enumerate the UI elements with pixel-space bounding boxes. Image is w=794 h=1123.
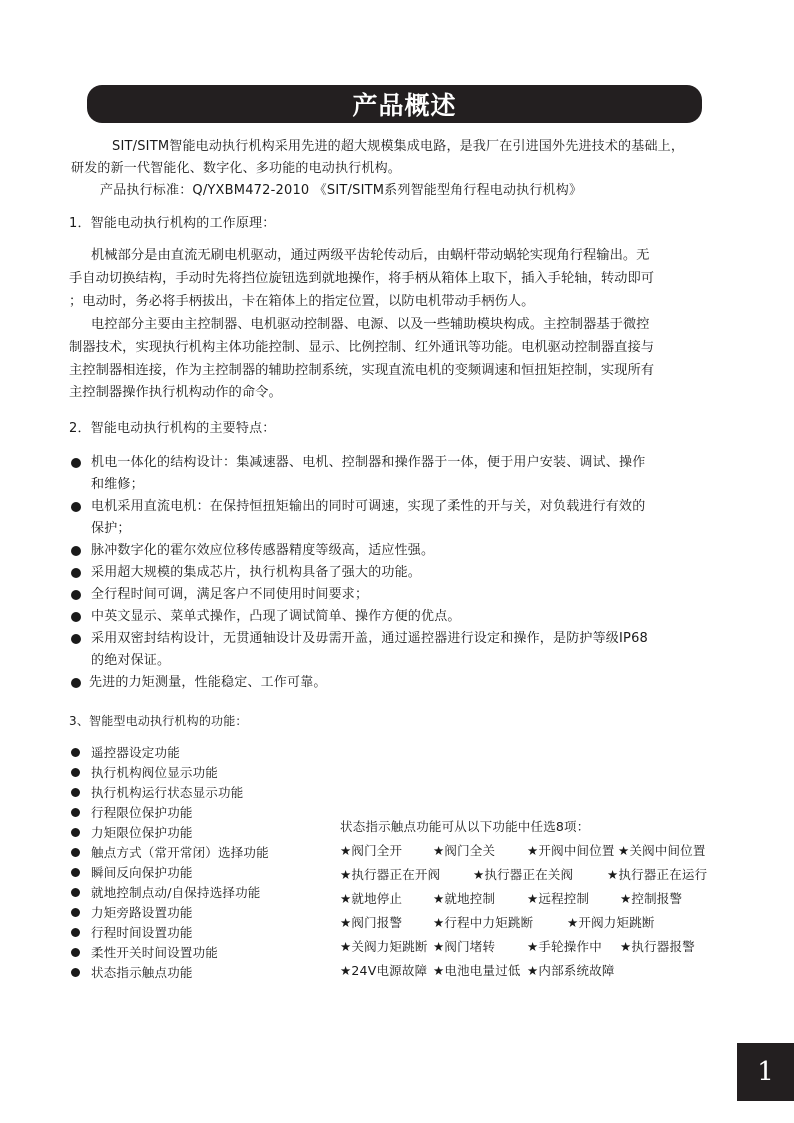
feature-item: 全行程时间可调，满足客户不同使用时间要求； — [91, 587, 368, 603]
status-option: ★手轮操作中 — [527, 939, 602, 955]
star-icon: ★ — [527, 891, 538, 906]
status-option: ★执行器正在运行 — [607, 867, 707, 883]
paragraph-line: 电控部分主要由主控制器、电机驱动控制器、电源、以及一些辅助模块构成。主控制器基于… — [91, 317, 649, 333]
feature-item: 电机采用直流电机：在保持恒扭矩输出的同时可调速，实现了柔性的开与关，对负载进行有… — [91, 499, 645, 515]
intro-line: 研发的新一代智能化、数字化、多功能的电动执行机构。 — [71, 161, 401, 177]
status-option: ★24V电源故障 — [340, 963, 427, 979]
bullet-icon — [71, 590, 81, 600]
star-icon: ★ — [527, 843, 538, 858]
bullet-icon — [71, 868, 80, 877]
star-icon: ★ — [433, 843, 444, 858]
bullet-icon — [71, 848, 80, 857]
status-option: ★开阀力矩跳断 — [567, 915, 655, 931]
star-icon: ★ — [433, 939, 444, 954]
page-number: 1 — [737, 1043, 794, 1101]
status-option: ★就地控制 — [433, 891, 495, 907]
status-option: ★电池电量过低 — [433, 963, 521, 979]
product-standard: 产品执行标准：Q/YXBM472-2010 《SIT/SITM系列智能型角行程电… — [100, 183, 582, 199]
function-item: 执行机构运行状态显示功能 — [91, 785, 243, 801]
status-option: ★内部系统故障 — [527, 963, 615, 979]
status-option: ★阀门全关 — [433, 843, 495, 859]
star-icon: ★ — [340, 843, 351, 858]
section-heading: 1．智能电动执行机构的工作原理： — [69, 216, 275, 232]
star-icon: ★ — [340, 891, 351, 906]
bullet-icon — [71, 808, 80, 817]
star-icon: ★ — [567, 915, 578, 930]
status-option: ★执行器正在关阀 — [473, 867, 573, 883]
bullet-icon — [71, 568, 81, 578]
function-item: 遥控器设定功能 — [91, 745, 180, 761]
status-option: ★关阀中间位置 — [618, 843, 706, 859]
function-item: 瞬间反向保护功能 — [91, 865, 193, 881]
bullet-icon — [71, 748, 80, 757]
function-item: 状态指示触点功能 — [91, 965, 193, 981]
bullet-icon — [71, 458, 81, 468]
bullet-icon — [71, 908, 80, 917]
status-option: ★关阀力矩跳断 — [340, 939, 428, 955]
star-icon: ★ — [527, 939, 538, 954]
bullet-icon — [71, 968, 80, 977]
status-option: ★执行器正在开阀 — [340, 867, 440, 883]
paragraph-line: 制器技术，实现执行机构主体功能控制、显示、比例控制、红外通讯等功能。电机驱动控制… — [69, 340, 654, 356]
function-item: 就地控制点动/自保持选择功能 — [91, 885, 261, 901]
star-icon: ★ — [620, 939, 631, 954]
status-option: ★远程控制 — [527, 891, 589, 907]
bullet-icon — [71, 928, 80, 937]
star-icon: ★ — [433, 891, 444, 906]
function-item: 执行机构阀位显示功能 — [91, 765, 218, 781]
feature-item-cont: 和维修； — [91, 477, 144, 493]
feature-item: 脉冲数字化的霍尔效应位移传感器精度等级高，适应性强。 — [91, 543, 434, 559]
status-option: ★行程中力矩跳断 — [433, 915, 533, 931]
status-option: ★执行器报警 — [620, 939, 695, 955]
intro-line: SIT/SITM智能电动执行机构采用先进的超大规模集成电路，是我厂在引进国外先进… — [112, 139, 684, 155]
function-item: 柔性开关时间设置功能 — [91, 945, 218, 961]
bullet-icon — [71, 788, 80, 797]
function-item: 行程时间设置功能 — [91, 925, 193, 941]
paragraph-line: 手自动切换结构，手动时先将挡位旋钮选到就地操作，将手柄从箱体上取下，插入手轮轴，… — [69, 271, 654, 287]
function-item: 触点方式（常开常闭）选择功能 — [91, 845, 269, 861]
feature-item: 机电一体化的结构设计：集减速器、电机、控制器和操作器于一体，便于用户安装、调试、… — [91, 455, 645, 471]
function-item: 力矩旁路设置功能 — [91, 905, 193, 921]
star-icon: ★ — [473, 867, 484, 882]
star-icon: ★ — [433, 915, 444, 930]
star-icon: ★ — [607, 867, 618, 882]
bullet-icon — [71, 678, 81, 688]
star-icon: ★ — [340, 867, 351, 882]
status-option: ★阀门全开 — [340, 843, 402, 859]
star-icon: ★ — [618, 843, 629, 858]
paragraph-line: 主控制器操作执行机构动作的命令。 — [69, 385, 282, 401]
feature-item-cont: 的绝对保证。 — [91, 653, 170, 669]
star-icon: ★ — [527, 963, 538, 978]
bullet-icon — [71, 828, 80, 837]
star-icon: ★ — [340, 915, 351, 930]
bullet-icon — [71, 502, 81, 512]
feature-item-cont: 保护； — [91, 521, 131, 537]
status-contacts-heading: 状态指示触点功能可从以下功能中任选8项： — [340, 819, 589, 835]
status-option: ★阀门报警 — [340, 915, 402, 931]
bullet-icon — [71, 612, 81, 622]
feature-item: 采用双密封结构设计，无贯通轴设计及毋需开盖，通过遥控器进行设定和操作，是防护等级… — [91, 631, 648, 647]
feature-item: 先进的力矩测量，性能稳定、工作可靠。 — [89, 675, 327, 691]
bullet-icon — [71, 948, 80, 957]
star-icon: ★ — [433, 963, 444, 978]
section-heading: 3、智能型电动执行机构的功能： — [69, 713, 248, 729]
status-option: ★阀门堵转 — [433, 939, 495, 955]
function-item: 力矩限位保护功能 — [91, 825, 193, 841]
status-option: ★开阀中间位置 — [527, 843, 615, 859]
bullet-icon — [71, 768, 80, 777]
title-bar: 产品概述 — [87, 85, 702, 123]
feature-item: 中英文显示、菜单式操作，凸现了调试简单、操作方便的优点。 — [91, 609, 461, 625]
star-icon: ★ — [340, 963, 351, 978]
paragraph-line: 主控制器相连接，作为主控制器的辅助控制系统，实现直流电机的变频调速和恒扭矩控制，… — [69, 363, 654, 379]
bullet-icon — [71, 634, 81, 644]
bullet-icon — [71, 888, 80, 897]
status-option: ★控制报警 — [620, 891, 682, 907]
paragraph-line: 机械部分是由直流无刷电机驱动，通过两级平齿轮传动后，由蜗杆带动蜗轮实现角行程输出… — [91, 248, 649, 264]
star-icon: ★ — [620, 891, 631, 906]
feature-item: 采用超大规模的集成芯片，执行机构具备了强大的功能。 — [91, 565, 421, 581]
function-item: 行程限位保护功能 — [91, 805, 193, 821]
bullet-icon — [71, 546, 81, 556]
status-option: ★就地停止 — [340, 891, 402, 907]
star-icon: ★ — [340, 939, 351, 954]
page-title: 产品概述 — [352, 86, 456, 122]
section-heading: 2．智能电动执行机构的主要特点： — [69, 421, 275, 437]
paragraph-line: ；电动时，务必将手柄拔出，卡在箱体上的指定位置，以防电机带动手柄伤人。 — [69, 294, 534, 310]
